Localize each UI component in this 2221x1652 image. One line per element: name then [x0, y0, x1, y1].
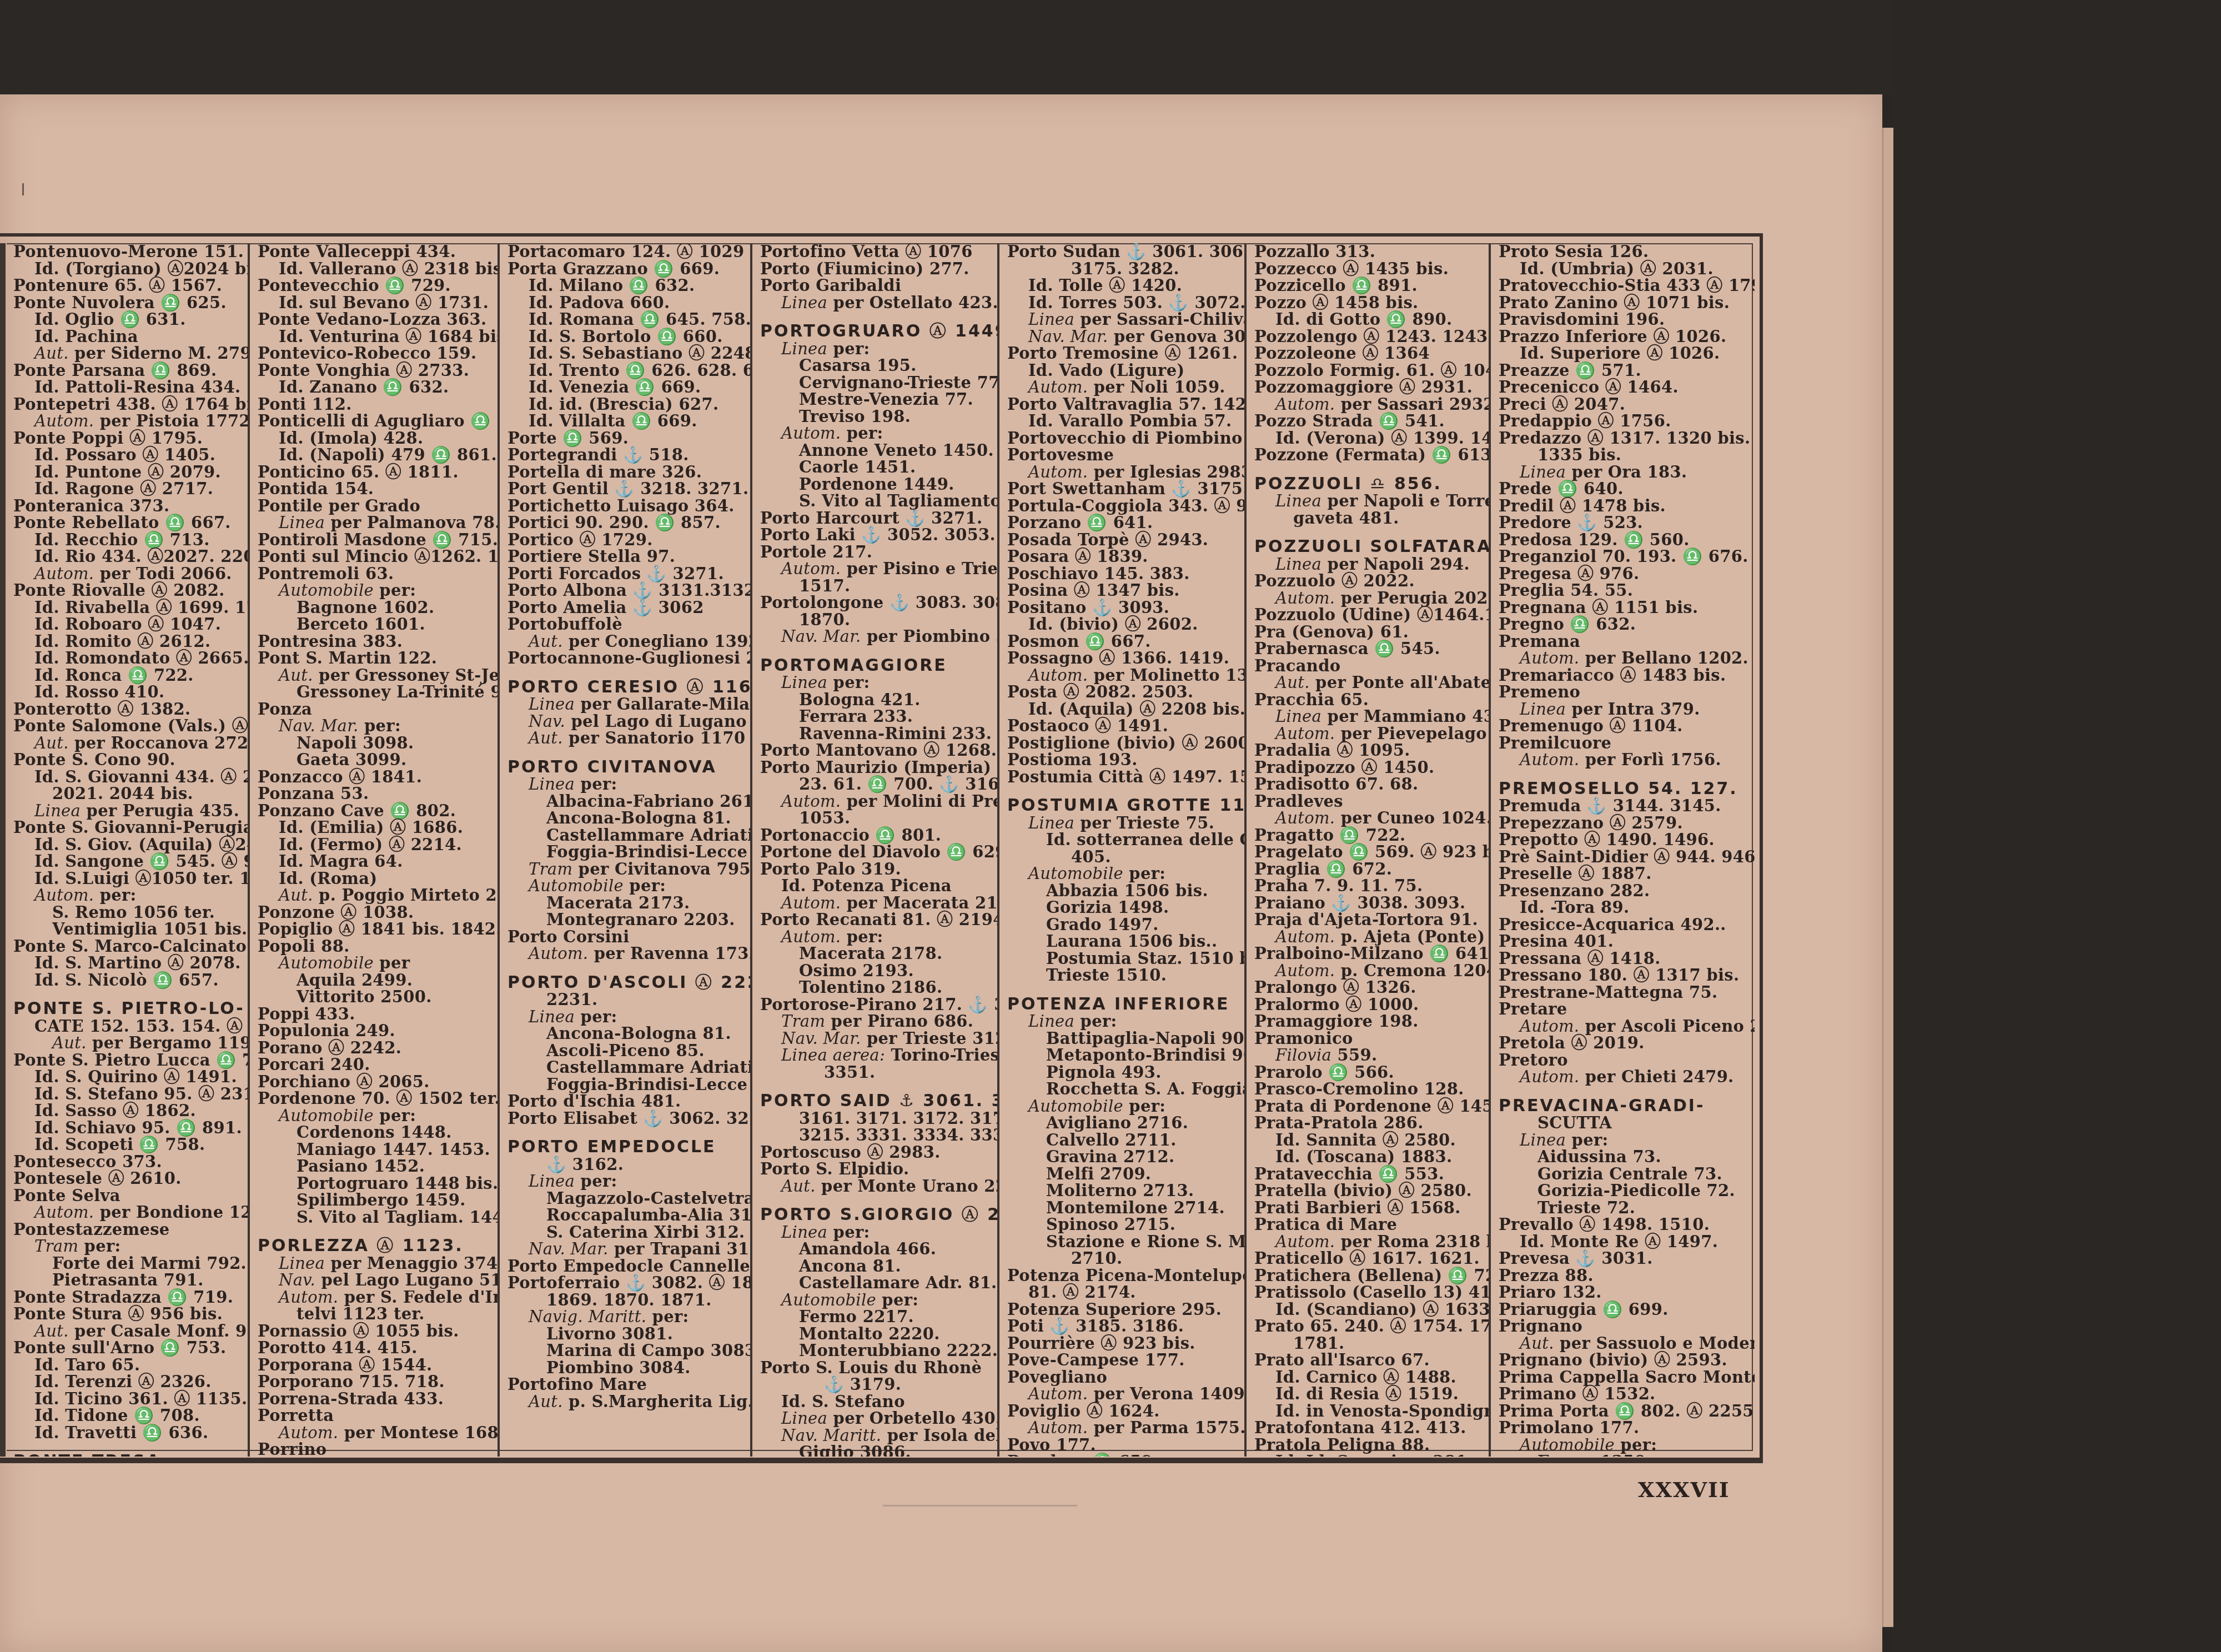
- index-entry: Presicce-Acquarica 492..: [1499, 916, 1750, 933]
- service-type-label: Automobile: [1028, 1097, 1123, 1116]
- index-columns: Pontenuovo-Merone 151. 360.Id. (Torgiano…: [0, 243, 1755, 1457]
- index-entry: Praha 7. 9. 11. 75.: [1254, 877, 1484, 895]
- index-entry: Porporana Ⓐ 1544.: [258, 1357, 493, 1374]
- index-entry: CATE 152. 153. 154. Ⓐ 1190.: [13, 1018, 243, 1035]
- index-entry: Pozzuolo (Udine) Ⓐ1464.1464 bis: [1254, 606, 1484, 624]
- index-column-5: Porto Sudan ⚓ 3061. 3062. 3064.3175. 328…: [999, 243, 1247, 1457]
- service-type-label: Aut.: [781, 1177, 816, 1196]
- index-entry: Id. Sasso Ⓐ 1862.: [13, 1102, 243, 1119]
- index-entry: Pontestazzemese: [13, 1221, 243, 1238]
- index-entry: 1517.: [760, 578, 993, 595]
- service-type-label: Aut.: [34, 344, 69, 363]
- index-entry: gaveta 481.: [1254, 510, 1484, 527]
- index-entry: Linea per Perugia 435.: [13, 802, 243, 820]
- service-type-label: Linea: [781, 673, 827, 692]
- index-entry: Porto Recanati 81. Ⓐ 2194 bis.: [760, 911, 993, 928]
- index-entry: Precenicco Ⓐ 1464.: [1499, 379, 1750, 396]
- index-entry: Porto Garibaldi: [760, 277, 993, 294]
- service-type-label: Aut.: [529, 1392, 563, 1411]
- index-entry: Trieste 1510.: [1007, 967, 1240, 984]
- index-entry: Automobile per:: [1007, 865, 1240, 882]
- page-mark: [22, 183, 24, 195]
- index-entry: Id. (Toscana) 1883.: [1254, 1148, 1484, 1166]
- index-entry: Posara Ⓐ 1839.: [1007, 548, 1240, 565]
- service-type-label: Autom.: [1520, 1067, 1579, 1086]
- index-entry: Pratola Peligna 88.: [1254, 1437, 1484, 1454]
- index-entry: Id. (Fermo) Ⓐ 2214.: [258, 836, 493, 853]
- service-type-label: Autom.: [781, 792, 841, 811]
- index-entry: Id. Venezia ♎ 669.: [507, 379, 746, 396]
- service-type-label: Nav.: [279, 1271, 315, 1289]
- index-entry: Porretta: [258, 1407, 493, 1424]
- index-entry: Gorizia 1498.: [1007, 899, 1240, 916]
- index-entry: Ponteranica 373.: [13, 498, 243, 515]
- index-heading: PORTO EMPEDOCLE: [507, 1139, 746, 1156]
- index-entry: Ponzana 53.: [258, 785, 493, 802]
- index-entry: Ponterotto Ⓐ 1382.: [13, 701, 243, 718]
- index-entry: Berceto 1601.: [258, 616, 493, 633]
- index-entry: Ponte Rebellato ♎ 667.: [13, 514, 243, 531]
- index-entry: Autom. per Cuneo 1024.: [1254, 810, 1484, 827]
- index-entry: Primano Ⓐ 1532.: [1499, 1385, 1750, 1403]
- index-entry: Foggia-Brindisi-Lecce 81.: [507, 1076, 746, 1093]
- index-entry: Portici 90. 290. ♎ 857.: [507, 514, 746, 531]
- index-entry: Gorizia Centrale 73.: [1499, 1166, 1750, 1183]
- index-entry: 2231.: [507, 991, 746, 1008]
- index-entry: Ponti sul Mincio Ⓐ1262. 1263: [258, 548, 493, 565]
- service-type-label: Aut.: [529, 729, 563, 747]
- index-entry: Id. Romito Ⓐ 2612.: [13, 633, 243, 650]
- index-entry: Id. S. Quirino Ⓐ 1491.: [13, 1068, 243, 1086]
- index-entry: Aut. per Monte Urano 2228.: [760, 1178, 993, 1195]
- service-type-label: Autom.: [1275, 961, 1335, 980]
- index-entry: Presina 401.: [1499, 933, 1750, 950]
- service-type-label: Linea: [529, 775, 575, 794]
- index-entry: 2021. 2044 bis.: [13, 785, 243, 802]
- index-entry: Pratavecchia ♎ 553.: [1254, 1166, 1484, 1183]
- index-entry: Id. S. Nicolò ♎ 657.: [13, 972, 243, 989]
- index-entry: Porto Mantovano Ⓐ 1268.: [760, 742, 993, 759]
- index-entry: Autom. per:: [760, 425, 993, 442]
- index-heading: POTENZA INFERIORE: [1007, 996, 1240, 1013]
- index-entry: Linea per Orbetello 430.: [760, 1410, 993, 1427]
- index-entry: Id. (bivio) Ⓐ 2602.: [1007, 616, 1240, 633]
- index-entry: Id. Pattoli-Resina 434.: [13, 379, 243, 396]
- index-entry: Id. Scopeti ♎ 758.: [13, 1136, 243, 1153]
- index-entry: Prata di Pordenone Ⓐ 1452.: [1254, 1098, 1484, 1115]
- background-top: [0, 0, 2221, 94]
- index-entry: Linea per Trieste 75.: [1007, 815, 1240, 832]
- index-entry: Portogruaro 1448 bis. 1449.: [258, 1175, 493, 1192]
- index-entry: Id. sul Bevano Ⓐ 1731.: [258, 294, 493, 312]
- index-entry: Autom. per Todi 2066.: [13, 565, 243, 583]
- service-type-label: Autom.: [1028, 1384, 1088, 1403]
- index-entry: Ponzano Cave ♎ 802.: [258, 802, 493, 820]
- index-entry: Porto Elisabet ⚓ 3062. 3215.: [507, 1110, 746, 1127]
- index-entry: Pontenure 65. Ⓐ 1567.: [13, 277, 243, 294]
- index-entry: Tram per Civitanova 795.: [507, 861, 746, 878]
- index-entry: Nav. Mar. per:: [258, 717, 493, 735]
- index-entry: Moliterno 2713.: [1007, 1182, 1240, 1199]
- index-entry: 1869. 1870. 1871.: [507, 1292, 746, 1309]
- index-entry: Linea per:: [760, 340, 993, 358]
- index-entry: Id. sotterranea delle Grotte: [1007, 831, 1240, 848]
- index-entry: Ponte S. Cono 90.: [13, 751, 243, 769]
- index-entry: Pretola Ⓐ 2019.: [1499, 1035, 1750, 1052]
- index-entry: Autom. per Montese 1683.: [258, 1424, 493, 1442]
- index-entry: 1335 bis.: [1499, 446, 1750, 464]
- index-entry: Ancona 81.: [760, 1258, 993, 1275]
- index-entry: Linea per:: [507, 1173, 746, 1190]
- index-entry: Prignano (bivio) Ⓐ 2593.: [1499, 1352, 1750, 1369]
- index-entry: Autom. per Iglesias 2983.: [1007, 464, 1240, 481]
- index-entry: ⚓ 3162.: [507, 1156, 746, 1173]
- service-type-label: Linea: [781, 293, 827, 312]
- index-entry: Porrino: [258, 1441, 493, 1457]
- service-type-label: Linea: [279, 1254, 325, 1273]
- index-entry: Id. Ronca ♎ 722.: [13, 667, 243, 684]
- index-entry: Metaponto-Brindisi 90.: [1007, 1047, 1240, 1064]
- index-entry: Ventimiglia 1051 bis.: [13, 921, 243, 938]
- service-type-label: Nav.: [529, 712, 565, 731]
- index-entry: Posmon ♎ 667.: [1007, 633, 1240, 650]
- index-entry: Linea per:: [1007, 1013, 1240, 1030]
- index-entry: Preganziol 70. 193. ♎ 676.: [1499, 548, 1750, 565]
- index-entry: Id. Trento ♎ 626. 628. 632.: [507, 362, 746, 379]
- index-entry: Porto d'Ischia 481.: [507, 1093, 746, 1110]
- index-entry: Id. (Emilia) Ⓐ 1686.: [258, 819, 493, 836]
- index-entry: Pressana Ⓐ 1418.: [1499, 950, 1750, 967]
- index-heading: PORTO CERESIO Ⓐ 1167.: [507, 679, 746, 696]
- index-entry: Id. (Torgiano) Ⓐ2024 bis: [13, 260, 243, 278]
- index-entry: Pozzoleone Ⓐ 1364: [1254, 345, 1484, 362]
- service-type-label: Linea: [1520, 700, 1566, 719]
- index-entry: Aut. p. S.Margherita Lig. 1068: [507, 1393, 746, 1410]
- index-entry: 1781.: [1254, 1335, 1484, 1352]
- service-type-label: Linea: [781, 1409, 827, 1428]
- index-entry: Autom. per Parma 1575.: [1007, 1419, 1240, 1437]
- service-type-label: Autom.: [1275, 1232, 1335, 1251]
- index-entry: Predappio Ⓐ 1756.: [1499, 413, 1750, 430]
- index-entry: Linea per Gallarate-Milano 144.: [507, 696, 746, 713]
- index-entry: Poviglio Ⓐ 1624.: [1007, 1403, 1240, 1420]
- index-entry: Id. Sannita Ⓐ 2580.: [1254, 1132, 1484, 1149]
- service-type-label: Automobile: [781, 1291, 876, 1309]
- service-type-label: Nav. Mar.: [1028, 327, 1108, 346]
- index-entry: Prezza 88.: [1499, 1267, 1750, 1284]
- index-entry: Pozzolengo Ⓐ 1243. 1243 bis: [1254, 328, 1484, 345]
- service-type-label: Autom.: [1275, 809, 1335, 827]
- index-entry: Id. Romondato Ⓐ 2665.: [13, 650, 243, 667]
- index-entry: Pratofontana 412. 413.: [1254, 1419, 1484, 1437]
- index-entry: Pontresina 383.: [258, 633, 493, 650]
- index-entry: S. Vito al Tagliam. 1448 ter.: [258, 1209, 493, 1226]
- index-entry: Porto Laki ⚓ 3052. 3053.: [760, 526, 993, 544]
- index-entry: Porto S. Elpidio.: [760, 1161, 993, 1178]
- service-type-label: Automobile: [279, 581, 374, 600]
- index-entry: Posta Ⓐ 2082. 2503.: [1007, 684, 1240, 701]
- index-entry: Aut. p. Poggio Mirteto 2243.: [258, 887, 493, 904]
- index-entry: Poti ⚓ 3185. 3186.: [1007, 1318, 1240, 1335]
- index-entry: Postumia Staz. 1510 bis.: [1007, 950, 1240, 967]
- index-entry: Porto Tremosine Ⓐ 1261.: [1007, 345, 1240, 362]
- index-entry: 3175. 3282.: [1007, 260, 1240, 278]
- index-entry: Pratissolo (Casello 13) 412.: [1254, 1284, 1484, 1301]
- index-entry: Pragatto ♎ 722.: [1254, 827, 1484, 844]
- index-entry: Autom. per Chieti 2479.: [1499, 1068, 1750, 1086]
- index-entry: Pordenone 1449.: [760, 476, 993, 493]
- service-type-label: Autom.: [781, 893, 841, 912]
- index-entry: Pozzone (Fermata) ♎ 613.: [1254, 446, 1484, 464]
- index-column-1: Pontenuovo-Merone 151. 360.Id. (Torgiano…: [0, 243, 250, 1457]
- index-entry: Porrena-Strada 433.: [258, 1390, 493, 1408]
- index-entry: Linea per:: [760, 1224, 993, 1241]
- service-type-label: Autom.: [34, 1203, 94, 1222]
- index-entry: Ponza: [258, 701, 493, 718]
- service-type-label: Aut.: [34, 1322, 69, 1340]
- service-type-label: Autom.: [1275, 395, 1335, 414]
- index-entry: Id. Venturina Ⓐ 1684 bis.: [258, 328, 493, 345]
- index-entry: Id. S. Martino Ⓐ 2078.: [13, 955, 243, 972]
- index-entry: Aut. per Sanatorio 1170 bis.: [507, 730, 746, 747]
- index-entry: Autom. per Perugia 2025.: [1254, 590, 1484, 607]
- index-entry: Portocannone-Guglionesi 283.: [507, 650, 746, 667]
- index-entry: S. Caterina Xirbi 312.: [507, 1224, 746, 1241]
- index-entry: Linea per Napoli e Torre-: [1254, 493, 1484, 510]
- index-entry: Pretare: [1499, 1001, 1750, 1018]
- index-entry: Autom. per Roma 2318 bis.: [1254, 1233, 1484, 1251]
- index-entry: Aidussina 73.: [1499, 1148, 1750, 1166]
- index-entry: Ponte Stradazza ♎ 719.: [13, 1289, 243, 1306]
- index-entry: Osimo 2193.: [760, 962, 993, 980]
- index-entry: Prato Zanino Ⓐ 1071 bis.: [1499, 294, 1750, 312]
- service-type-label: Tram: [34, 1237, 78, 1256]
- index-entry: Bagnone 1602.: [258, 599, 493, 616]
- index-entry: Ponte S. Pietro Lucca ♎ 756.: [13, 1052, 243, 1069]
- service-type-label: Automobile: [529, 876, 624, 895]
- index-entry: Navig. Maritt. per:: [507, 1308, 746, 1325]
- index-entry: Id. Superiore Ⓐ 1026.: [1499, 345, 1750, 362]
- index-entry: Ponzacco Ⓐ 1841.: [258, 769, 493, 786]
- index-entry: Premenugo Ⓐ 1104.: [1499, 717, 1750, 735]
- index-entry: Pontremoli 63.: [258, 565, 493, 583]
- service-type-label: Autom.: [34, 886, 94, 905]
- index-entry: Id. Tolle Ⓐ 1420.: [1007, 277, 1240, 294]
- index-entry: Montegranaro 2203.: [507, 911, 746, 928]
- index-entry: Port Swettanham ⚓ 3175.: [1007, 480, 1240, 498]
- service-type-label: Linea: [34, 801, 81, 820]
- index-entry: Castellammare Adriatico-: [507, 827, 746, 844]
- index-entry: Porcari 240.: [258, 1056, 493, 1073]
- index-heading: PORTO SAID ⚓ 3061. 3062.: [760, 1093, 993, 1110]
- index-entry: Castellamare Adr. 81.: [760, 1274, 993, 1292]
- index-entry: Melfi 2709.: [1007, 1166, 1240, 1183]
- service-type-label: Autom.: [34, 564, 94, 583]
- index-entry: Prata-Pratola 286.: [1254, 1114, 1484, 1132]
- index-entry: Foggia-Brindisi-Lecce 81.: [507, 843, 746, 861]
- index-entry: Autom. per Bellano 1202.: [1499, 650, 1750, 667]
- index-entry: Praticello Ⓐ 1617. 1621.: [1254, 1250, 1484, 1267]
- index-entry: Id. Vado (Ligure): [1007, 362, 1240, 379]
- index-entry: Positano ⚓ 3093.: [1007, 599, 1240, 616]
- service-type-label: Filovia: [1275, 1046, 1331, 1064]
- index-entry: Portovecchio di Piombino 249.: [1007, 430, 1240, 447]
- index-entry: Autom. per:: [760, 928, 993, 946]
- index-entry: Porchiano Ⓐ 2065.: [258, 1073, 493, 1091]
- index-entry: Id. S. Giov. (Aquila) Ⓐ2497.: [13, 836, 243, 853]
- index-entry: Prarolo ♎ 566.: [1254, 1064, 1484, 1081]
- index-entry: Postiglione (bivio) Ⓐ 2600.: [1007, 735, 1240, 752]
- index-entry: Id. S. Giovanni 434. Ⓐ 2020.: [13, 769, 243, 786]
- index-entry: Aquila 2499.: [258, 972, 493, 989]
- index-entry: Pignola 493.: [1007, 1064, 1240, 1081]
- index-entry: Porte ♎ 569.: [507, 430, 746, 447]
- page-edge: [1882, 128, 1893, 1627]
- index-entry: Linea aerea: Torino-Trieste: [760, 1047, 993, 1064]
- index-entry: S. Remo 1056 ter.: [13, 904, 243, 921]
- index-entry: Id. Torres 503. ⚓ 3072.: [1007, 294, 1240, 312]
- index-entry: Id. S.Luigi Ⓐ1050 ter. 1076.: [13, 870, 243, 887]
- index-entry: Pontesele Ⓐ 2610.: [13, 1170, 243, 1187]
- index-entry: Linea per:: [507, 1008, 746, 1026]
- index-entry: Avigliano 2716.: [1007, 1114, 1240, 1132]
- index-entry: Popiglio Ⓐ 1841 bis. 1842.: [258, 921, 493, 938]
- index-entry: Pordenone 70. Ⓐ 1502 ter.: [258, 1090, 493, 1107]
- index-entry: Id. (Aquila) Ⓐ 2208 bis. 2506.: [1007, 701, 1240, 718]
- index-entry: Linea per Mammiano 438.: [1254, 708, 1484, 725]
- index-entry: Tram per Pirano 686.: [760, 1013, 993, 1030]
- index-entry: Autom. per Ascoli Piceno 2210: [1499, 1018, 1750, 1035]
- index-entry: Gorizia-Piedicolle 72.: [1499, 1182, 1750, 1199]
- index-entry: Autom. per Pievepelago 1678: [1254, 725, 1484, 742]
- index-entry: Id. Pachina: [13, 328, 243, 345]
- index-entry: Autom. per Molini di Prelà: [760, 793, 993, 810]
- index-entry: 3215. 3331. 3334. 3335.: [760, 1127, 993, 1144]
- index-column-3: Portacomaro 124. Ⓐ 1029 ter.Porta Grazza…: [500, 243, 752, 1457]
- index-entry: Automobile per:: [760, 1292, 993, 1309]
- index-entry: Id. Varallo Pombia 57.: [1007, 413, 1240, 430]
- index-entry: Id. Oglio ♎ 631.: [13, 311, 243, 328]
- index-entry: Pratella (bivio) Ⓐ 2580.: [1254, 1182, 1484, 1199]
- service-type-label: Autom.: [1028, 666, 1088, 685]
- index-entry: Nav. Mar. per Piombino 3085: [760, 628, 993, 645]
- index-entry: Porto Amelia ⚓ 3062: [507, 599, 746, 616]
- index-entry: Marina di Campo 3083.: [507, 1342, 746, 1359]
- service-type-label: Aut.: [279, 666, 313, 685]
- index-entry: Amandola 466.: [760, 1241, 993, 1258]
- index-entry: Autom. per Ravenna 1732.: [507, 945, 746, 962]
- index-entry: Ponte Nuvolera ♎ 625.: [13, 294, 243, 312]
- index-entry: 81. Ⓐ 2174.: [1007, 1284, 1240, 1301]
- index-entry: Aut. per Ponte all'Abate 1861.: [1254, 674, 1484, 691]
- index-entry: Pracchia 65.: [1254, 691, 1484, 709]
- index-entry: Premeno: [1499, 684, 1750, 701]
- index-entry: Postumia Città Ⓐ 1497. 1510 bis.: [1007, 769, 1240, 786]
- index-entry: Montalto 2220.: [760, 1325, 993, 1343]
- index-entry: Porto (Fiumicino) 277.: [760, 260, 993, 278]
- index-entry: Prede ♎ 640.: [1499, 480, 1750, 498]
- index-entry: Pornassio Ⓐ 1055 bis.: [258, 1323, 493, 1340]
- index-entry: Pozzo Strada ♎ 541.: [1254, 413, 1484, 430]
- index-entry: Id. Rivabella Ⓐ 1699. 1702.: [13, 599, 243, 616]
- index-entry: Pontile per Grado: [258, 498, 493, 515]
- index-entry: Port Gentil ⚓ 3218. 3271.: [507, 480, 746, 498]
- index-entry: Pontevecchio ♎ 729.: [258, 277, 493, 294]
- index-entry: Pretoro: [1499, 1052, 1750, 1069]
- index-entry: Premariacco Ⓐ 1483 bis.: [1499, 667, 1750, 684]
- index-entry: Nav. pel Lago di Lugano 517.: [507, 713, 746, 730]
- index-entry: Ponte S. Giovanni-Perugia 66.: [13, 819, 243, 836]
- index-entry: Ponte Vedano-Lozza 363.: [258, 311, 493, 328]
- index-entry: Autom. per Forlì 1756.: [1499, 751, 1750, 769]
- index-entry: Pozzuolo Ⓐ 2022.: [1254, 573, 1484, 590]
- index-entry: Pasiano 1452.: [258, 1158, 493, 1175]
- index-entry: Pralormo Ⓐ 1000.: [1254, 996, 1484, 1013]
- index-entry: Prevallo Ⓐ 1498. 1510.: [1499, 1216, 1750, 1233]
- index-entry: Ponticino 65. Ⓐ 1811.: [258, 464, 493, 481]
- index-entry: Pracando: [1254, 657, 1484, 675]
- index-entry: Pregno ♎ 632.: [1499, 616, 1750, 633]
- service-type-label: Autom.: [781, 559, 841, 578]
- index-entry: Porotto 414. 415.: [258, 1339, 493, 1357]
- index-entry: Gaeta 3099.: [258, 751, 493, 769]
- index-entry: Mestre-Venezia 77.: [760, 391, 993, 408]
- index-entry: Cordenons 1448.: [258, 1124, 493, 1141]
- index-entry: ⚓ 3179.: [760, 1376, 993, 1393]
- service-type-label: Nav. Mar.: [781, 1029, 861, 1048]
- service-type-label: Autom.: [781, 424, 841, 443]
- index-entry: Id. di Gotto ♎ 890.: [1254, 311, 1484, 328]
- service-type-label: Automobile: [279, 953, 374, 972]
- index-entry: Pratichera (Bellena) ♎ 720.: [1254, 1267, 1484, 1284]
- index-entry: Preci Ⓐ 2047.: [1499, 396, 1750, 413]
- index-entry: Porto Albona ⚓ 3131.3132. 3133.: [507, 582, 746, 599]
- index-entry: Autom. p. Cremona 1204.: [1254, 962, 1484, 980]
- index-entry: Nav. Mar. per Trieste 3124.: [760, 1030, 993, 1047]
- index-entry: Id. Sangone ♎ 545. Ⓐ 923.: [13, 853, 243, 870]
- index-entry: Tolentino 2186.: [760, 979, 993, 996]
- index-entry: Trieste 72.: [1499, 1199, 1750, 1217]
- index-entry: Battipaglia-Napoli 90.: [1007, 1030, 1240, 1047]
- service-type-label: Autom.: [1275, 589, 1335, 607]
- index-entry: Ascoli-Piceno 85.: [507, 1042, 746, 1060]
- service-type-label: Autom.: [1028, 463, 1088, 481]
- index-entry: Aut. per Siderno M. 2798.: [13, 345, 243, 362]
- index-entry: Id. Vallerano Ⓐ 2318 bis.: [258, 260, 493, 278]
- index-entry: Poppi 433.: [258, 1006, 493, 1023]
- index-heading: PONTE S. PIETRO-LO-: [13, 1001, 243, 1018]
- index-entry: Porano Ⓐ 2242.: [258, 1040, 493, 1057]
- service-type-label: Linea: [1028, 310, 1074, 329]
- index-entry: Ferrara 233.: [760, 708, 993, 725]
- index-entry: Id. Possaro Ⓐ 1405.: [13, 446, 243, 464]
- service-type-label: Linea: [1028, 1012, 1074, 1031]
- service-type-label: Autom.: [1275, 724, 1335, 743]
- index-entry: Pralboino-Milzano ♎ 641.: [1254, 945, 1484, 962]
- index-entry: Id. (Scandiano) Ⓐ 1633.: [1254, 1301, 1484, 1318]
- index-entry: Portorose-Pirano 217. ⚓ 3125.: [760, 996, 993, 1013]
- index-entry: Ponte Selva: [13, 1187, 243, 1204]
- index-entry: Pralongo Ⓐ 1326.: [1254, 979, 1484, 996]
- index-entry: Albacina-Fabriano 261.: [507, 793, 746, 810]
- service-type-label: Linea: [1275, 707, 1321, 726]
- index-entry: Pontevico-Robecco 159.: [258, 345, 493, 362]
- index-entry: Prevesa ⚓ 3031.: [1499, 1250, 1750, 1267]
- index-entry: Pragelato ♎ 569. Ⓐ 923 bis.: [1254, 843, 1484, 861]
- index-entry: Ponte sull'Arno ♎ 753.: [13, 1339, 243, 1357]
- service-type-label: Autom.: [1520, 1017, 1579, 1036]
- index-entry: Tram per:: [13, 1238, 243, 1255]
